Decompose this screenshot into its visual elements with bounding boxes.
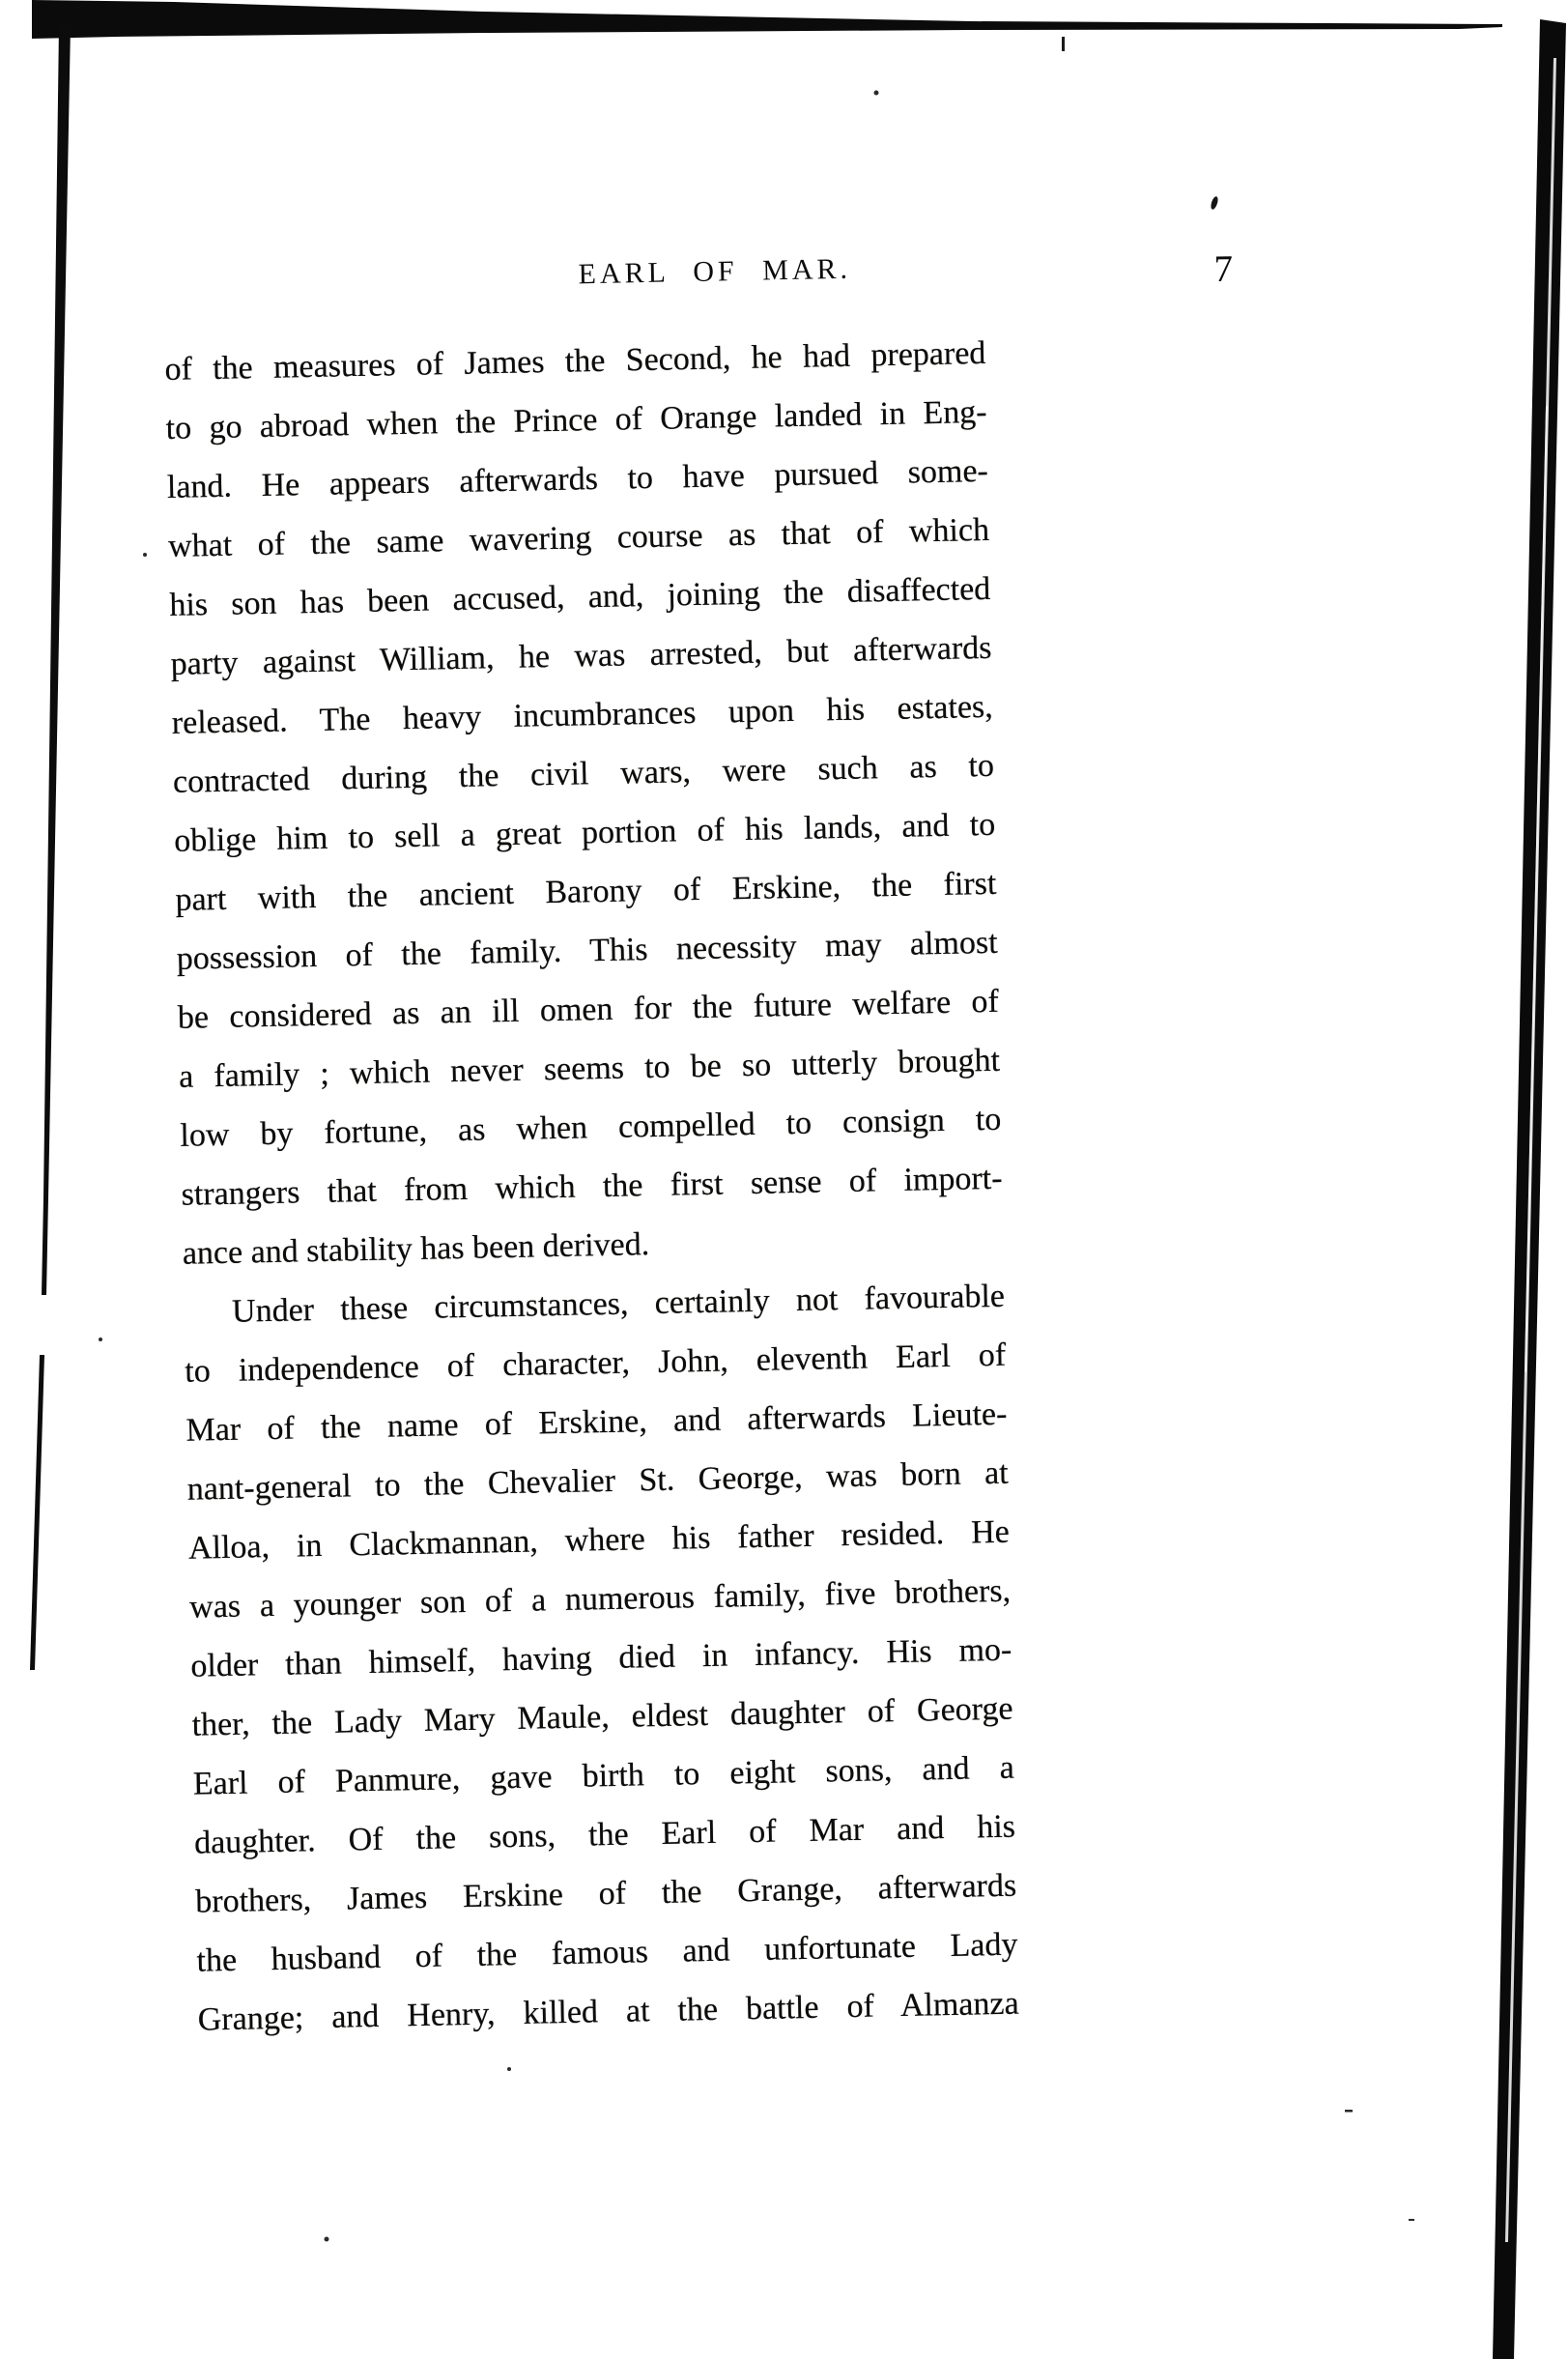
scan-speck-dash	[1409, 2219, 1414, 2221]
scan-speck-dash	[1345, 2110, 1353, 2113]
scan-speck	[99, 1338, 102, 1341]
scan-speck	[1210, 195, 1219, 210]
running-header-title: EARL OF MAR.	[578, 253, 851, 292]
page-number: 7	[1213, 247, 1233, 291]
body-text: of the measures of James the Second, he …	[164, 324, 1019, 2050]
scan-right-bar-highlight	[1505, 58, 1556, 2242]
scanned-book-page: { "header": { "title": "EARL OF MAR.", "…	[0, 0, 1568, 2359]
scan-speck	[325, 2237, 329, 2242]
scan-right-bar-highlight-2	[1525, 406, 1548, 1372]
scan-speck	[874, 91, 879, 96]
scan-left-gutter-line-upper	[42, 25, 71, 1295]
running-head: EARL OF MAR. 7	[162, 227, 1255, 307]
scan-speck-tick	[1062, 37, 1065, 51]
page-content: EARL OF MAR. 7 of the measures of James …	[162, 233, 1019, 2050]
scan-speck	[143, 553, 147, 557]
scan-right-binding-bar	[1493, 19, 1566, 2359]
scan-speck	[507, 2067, 511, 2071]
scan-top-edge-shadow	[32, 0, 1502, 39]
scan-left-gutter-line-lower	[30, 1355, 44, 1670]
